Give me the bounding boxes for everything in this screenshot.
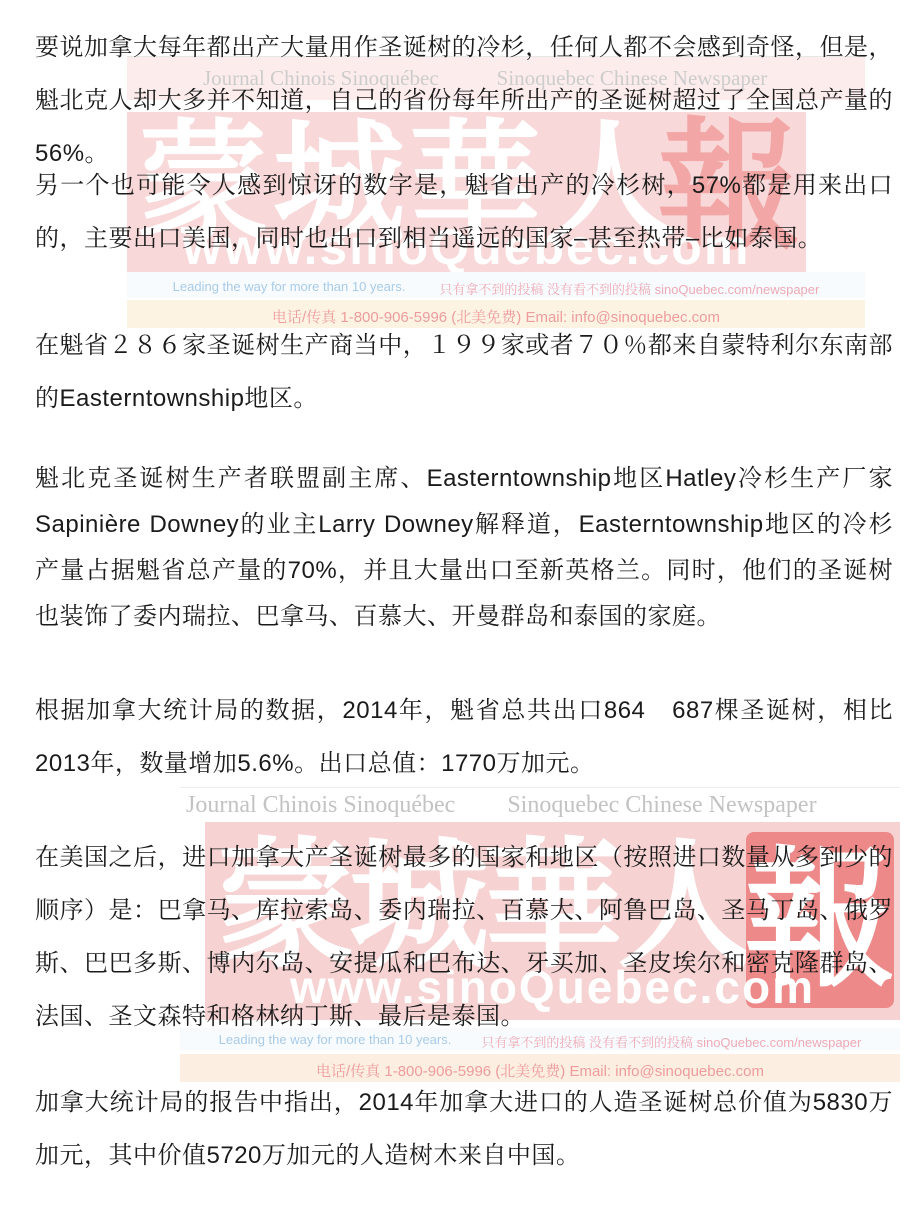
paragraph-larry-downey: 魁北克圣诞树生产者联盟副主席、Easterntownship地区Hatley冷杉…: [35, 456, 893, 640]
article-page: Journal Chinois Sinoquébec Sinoquebec Ch…: [0, 0, 922, 1205]
paragraph-producers: 在魁省２８６家圣诞树生产商当中，１９９家或者７０％都来自蒙特利尔东南部的East…: [35, 319, 893, 425]
paragraph-export-share: 另一个也可能令人感到惊讶的数字是，魁省出产的冷杉树，57%都是用来出口的，主要出…: [35, 159, 893, 265]
paragraph-artificial-trees: 加拿大统计局的报告中指出，2014年加拿大进口的人造圣诞树总价值为5830万加元…: [35, 1076, 893, 1182]
journal-title-english: Sinoquebec Chinese Newspaper: [507, 792, 816, 822]
journal-header: Journal Chinois Sinoquébec Sinoquebec Ch…: [180, 787, 900, 822]
slogan-chinese: 只有拿不到的投稿 没有看不到的投稿 sinoQuebec.com/newspap…: [439, 279, 819, 298]
journal-title-french: Journal Chinois Sinoquébec: [186, 792, 455, 822]
slogan-english: Leading the way for more than 10 years.: [173, 279, 406, 298]
paragraph-intro: 要说加拿大每年都出产大量用作圣诞树的冷杉，任何人都不会感到奇怪，但是，魁北克人却…: [35, 21, 893, 180]
paragraph-importing-countries: 在美国之后，进口加拿大产圣诞树最多的国家和地区（按照进口数量从多到少的顺序）是：…: [35, 831, 893, 1043]
paragraph-statistics-2014: 根据加拿大统计局的数据，2014年，魁省总共出口864 687棵圣诞树，相比20…: [35, 684, 893, 790]
masthead-slogan-row: Leading the way for more than 10 years. …: [127, 272, 865, 298]
